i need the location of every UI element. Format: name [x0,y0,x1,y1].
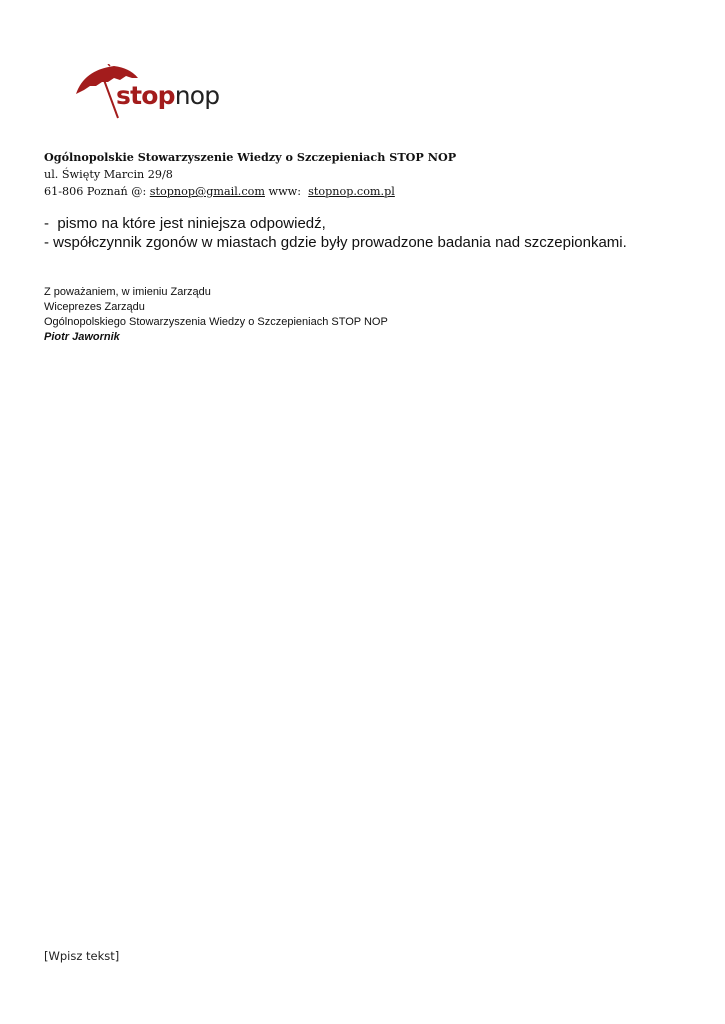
signature: Piotr Jawornik [44,330,388,345]
closing-block: Z poważaniem, w imieniu Zarządu Wiceprez… [44,285,388,345]
closing-org: Ogólnopolskiego Stowarzyszenia Wiedzy o … [44,315,388,330]
website-link[interactable]: stopnop.com.pl [308,185,395,198]
logo-stop: stop [116,81,175,110]
org-contact: 61-806 Poznań @: stopnop@gmail.com www: … [44,183,456,200]
footer-placeholder: [Wpisz tekst] [44,949,119,963]
org-city: 61-806 Poznań @: [44,185,150,198]
list-item: - pismo na które jest niniejsza odpowied… [44,214,627,233]
organization-header: Ogólnopolskie Stowarzyszenie Wiedzy o Sz… [44,149,456,200]
list-item: - współczynnik zgonów w miastach gdzie b… [44,233,627,252]
www-label: www: [265,185,308,198]
closing-line: Z poważaniem, w imieniu Zarządu [44,285,388,300]
logo-wordmark: stopnop [116,81,219,110]
email-link[interactable]: stopnop@gmail.com [150,185,265,198]
stopnop-logo: stopnop [74,64,224,124]
logo-nop: nop [175,81,220,110]
org-address: ul. Święty Marcin 29/8 [44,166,456,183]
closing-title: Wiceprezes Zarządu [44,300,388,315]
org-name: Ogólnopolskie Stowarzyszenie Wiedzy o Sz… [44,149,456,166]
bullet-list: - pismo na które jest niniejsza odpowied… [44,214,627,252]
